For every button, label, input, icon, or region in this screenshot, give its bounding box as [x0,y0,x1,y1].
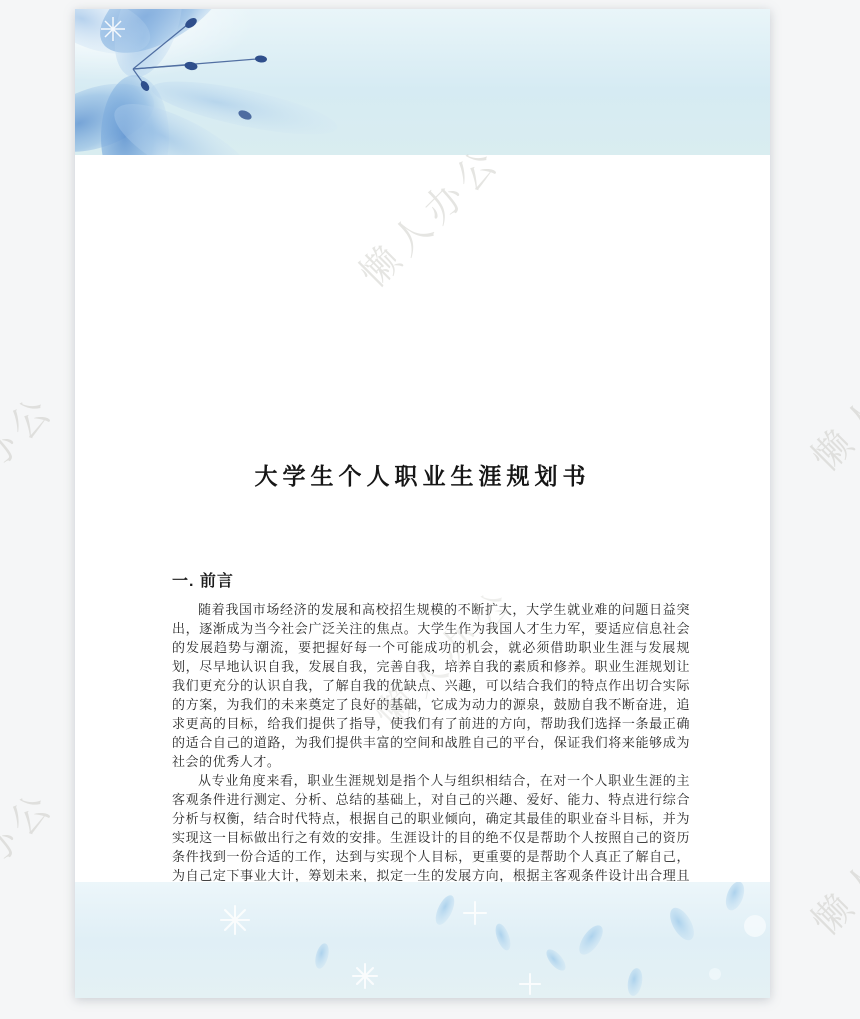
footer-leaves-graphic [75,882,770,998]
watermark-text: 懒人办公 [0,379,65,545]
paragraph-1: 随着我国市场经济的发展和高校招生规模的不断扩大，大学生就业难的问题日益突出，逐渐… [172,600,690,771]
document-body: 大学生个人职业生涯规划书 一. 前言 随着我国市场经济的发展和高校招生规模的不断… [75,155,770,961]
watermark-text: 懒人办公 [797,779,860,945]
screenshot-root: { "document": { "title": "大学生个人职业生涯规划书",… [0,0,860,1019]
document-title: 大学生个人职业生涯规划书 [75,461,770,493]
watermark-text: 懒人办公 [797,315,860,481]
section-heading-preface: 一. 前言 [172,571,770,593]
document-page: 大学生个人职业生涯规划书 一. 前言 随着我国市场经济的发展和高校招生规模的不断… [75,9,770,998]
watermark-text: 懒人办公 [0,775,65,941]
header-flower-banner [75,9,770,155]
footer-decoration-banner [75,882,770,998]
header-flower-graphic [75,9,770,155]
